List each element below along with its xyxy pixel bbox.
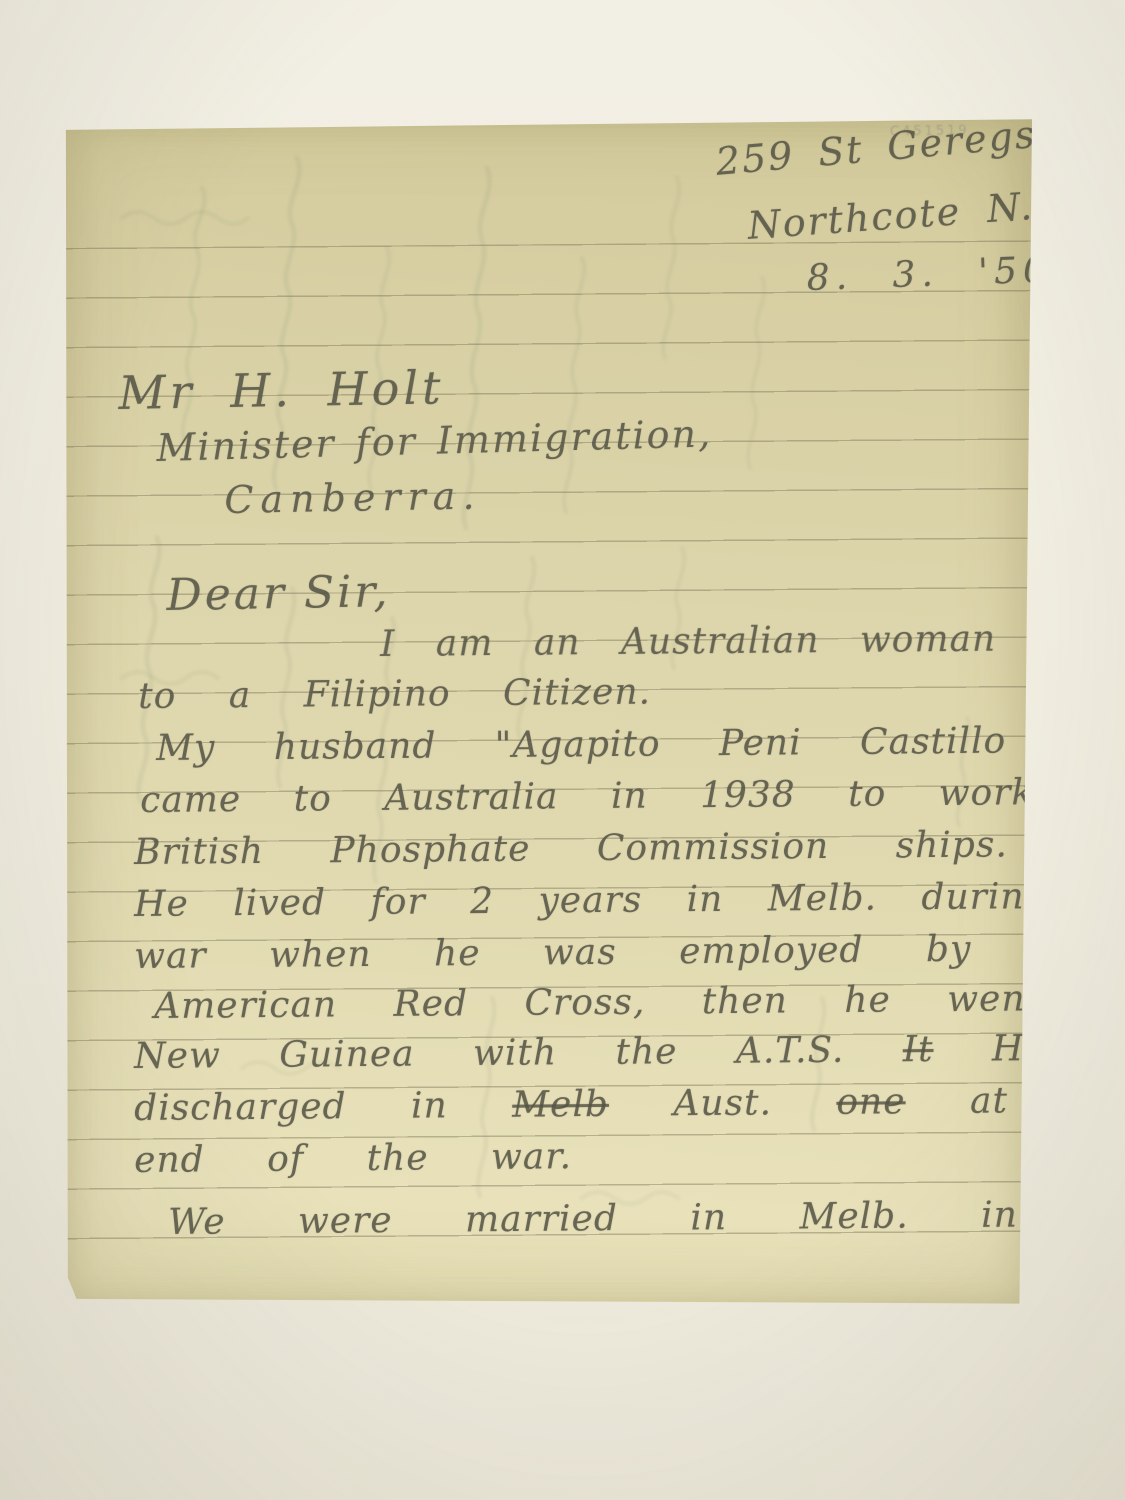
body-line: He lived for 2 years in Melb. during the	[134, 875, 1125, 925]
recipient-name: Mr H. Holt	[118, 360, 445, 420]
sender-address-line2: Northcote N. 16	[746, 179, 1114, 248]
body-line: I am an Australian woman married	[380, 617, 1125, 665]
body-line: to a Filipino Citizen.	[138, 672, 651, 717]
salutation: Dear Sir,	[166, 566, 391, 621]
body-segment: He was	[933, 1027, 1125, 1070]
body-line: end of the war.	[134, 1136, 572, 1181]
body-segment: Aust.	[609, 1082, 837, 1125]
body-segment: at the	[905, 1079, 1125, 1122]
recipient-city: Canberra.	[224, 474, 482, 522]
sender-address-line1: 259 St Geregs Rd	[714, 105, 1119, 184]
struck-word: It	[903, 1029, 934, 1070]
body-line: We were married in Melb. in Sept.	[168, 1193, 1125, 1243]
struck-word: one	[836, 1081, 906, 1123]
body-line: war when he was employed by the	[134, 928, 1096, 977]
recipient-title: Minister for Immigration,	[156, 411, 713, 470]
body-line: British Phosphate Commission ships.	[134, 824, 1008, 873]
struck-word: Melb	[512, 1084, 609, 1126]
body-segment: discharged in	[134, 1085, 512, 1129]
photo-of-letter: C451519 259 St Geregs Rd Northcote N. 16…	[0, 0, 1125, 1500]
letter-date: 8. 3. '50	[806, 249, 1053, 299]
body-segment: New Guinea with the A.T.S.	[134, 1029, 903, 1077]
body-line: American Red Cross, then he went to	[154, 977, 1125, 1027]
body-line: My husband "Agapito Peni Castillo first	[156, 719, 1125, 769]
body-line-with-correction: discharged in Melb Aust. one at the	[134, 1079, 1125, 1129]
body-line-with-correction: New Guinea with the A.T.S. It He was	[134, 1027, 1125, 1077]
letter-page: C451519 259 St Geregs Rd Northcote N. 16…	[62, 118, 1034, 1306]
body-line: came to Australia in 1938 to work on the	[140, 770, 1125, 821]
